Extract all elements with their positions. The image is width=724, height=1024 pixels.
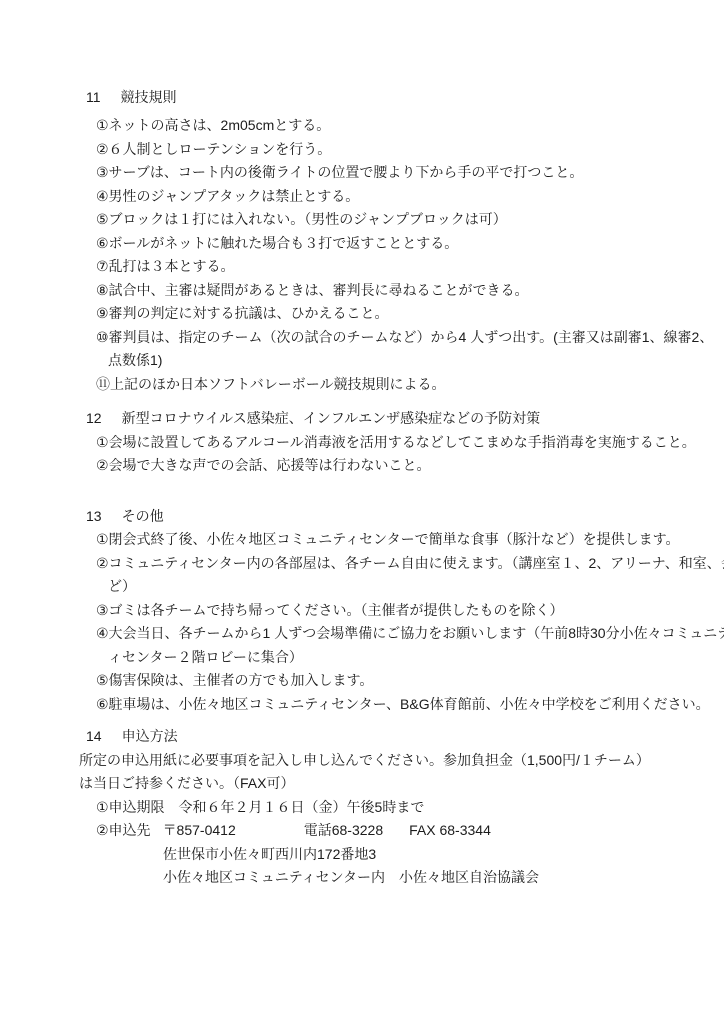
rule-item: ⑪上記のほか日本ソフトバレーボール競技規則による。 bbox=[96, 373, 706, 397]
rule-item: ①閉会式終了後、小佐々地区コミュニティセンターで簡単な食事（豚汁など）を提供しま… bbox=[96, 528, 706, 552]
application-destination-label: ②申込先 bbox=[96, 822, 151, 838]
address-line: 佐世保市小佐々町西川内172番地3 bbox=[163, 843, 706, 867]
rule-item: ②６人制としローテンションを行う。 bbox=[96, 138, 706, 162]
rule-item: ⑧試合中、主審は疑問があるときは、審判長に尋ねることができる。 bbox=[96, 279, 706, 303]
postal-code: 〒857-0412 bbox=[163, 822, 236, 838]
section-number: 13 bbox=[86, 505, 102, 529]
rule-item: ③ゴミは各チームで持ち帰ってください。（主催者が提供したものを除く） bbox=[96, 599, 706, 623]
application-contact-line: ②申込先〒857-0412電話68-3228FAX 68-3344 bbox=[96, 819, 706, 843]
section-heading: 13その他 bbox=[86, 505, 706, 529]
rule-item: ④大会当日、各チームから1 人ずつ会場準備にご協力をお願いします（午前8時30分… bbox=[96, 622, 706, 646]
section-number: 11 bbox=[86, 86, 101, 110]
section-infection-prevention: 12新型コロナウイルス感染症、インフルエンザ感染症などの予防対策 ①会場に設置し… bbox=[86, 407, 706, 478]
intro-line: は当日ご持参ください。（FAX可） bbox=[79, 772, 706, 796]
application-intro: 所定の申込用紙に必要事項を記入し申し込んでください。参加負担金（1,500円/１… bbox=[79, 749, 706, 796]
section-other-notes: 13その他 ①閉会式終了後、小佐々地区コミュニティセンターで簡単な食事（豚汁など… bbox=[86, 505, 706, 717]
rule-list: ①ネットの高さは、2m05cmとする。 ②６人制としローテンションを行う。 ③サ… bbox=[96, 114, 706, 396]
rule-item-continuation: ィセンター２階ロビーに集合） bbox=[96, 646, 706, 670]
rule-item: ②会場で大きな声での会話、応援等は行わないこと。 bbox=[96, 454, 706, 478]
section-competition-rules: 11競技規則 ①ネットの高さは、2m05cmとする。 ②６人制としローテンション… bbox=[86, 86, 706, 396]
section-heading: 14申込方法 bbox=[86, 725, 706, 749]
section-title: 競技規則 bbox=[121, 89, 177, 105]
section-number: 12 bbox=[86, 407, 102, 431]
rule-list: ①閉会式終了後、小佐々地区コミュニティセンターで簡単な食事（豚汁など）を提供しま… bbox=[96, 528, 706, 716]
section-heading: 12新型コロナウイルス感染症、インフルエンザ感染症などの予防対策 bbox=[86, 407, 706, 431]
intro-line: 所定の申込用紙に必要事項を記入し申し込んでください。参加負担金（1,500円/１… bbox=[79, 749, 706, 773]
rule-item: ⑩審判員は、指定のチーム（次の試合のチームなど）から4 人ずつ出す。(主審又は副… bbox=[96, 326, 706, 350]
address-block: 佐世保市小佐々町西川内172番地3 小佐々地区コミュニティセンター内 小佐々地区… bbox=[163, 843, 706, 890]
rule-item: ⑦乱打は３本とする。 bbox=[96, 255, 706, 279]
application-details: ①申込期限 令和６年２月１６日（金）午後5時まで ②申込先〒857-0412電話… bbox=[96, 796, 706, 843]
fax-number: FAX 68-3344 bbox=[409, 822, 491, 838]
rule-item: ③サーブは、コート内の後衛ライトの位置で腰より下から手の平で打つこと。 bbox=[96, 161, 706, 185]
document-page: 11競技規則 ①ネットの高さは、2m05cmとする。 ②６人制としローテンション… bbox=[0, 0, 724, 890]
rule-item: ⑤傷害保険は、主催者の方でも加入します。 bbox=[96, 669, 706, 693]
section-heading: 11競技規則 bbox=[86, 86, 706, 110]
application-deadline: ①申込期限 令和６年２月１６日（金）午後5時まで bbox=[96, 796, 706, 820]
rule-item: ④男性のジャンプアタックは禁止とする。 bbox=[96, 185, 706, 209]
rule-list: ①会場に設置してあるアルコール消毒液を活用するなどしてこまめな手指消毒を実施する… bbox=[96, 431, 706, 478]
rule-item: ①会場に設置してあるアルコール消毒液を活用するなどしてこまめな手指消毒を実施する… bbox=[96, 431, 706, 455]
section-title: 申込方法 bbox=[122, 728, 178, 744]
section-title: その他 bbox=[122, 508, 164, 524]
rule-item: ⑨審判の判定に対する抗議は、ひかえること。 bbox=[96, 302, 706, 326]
rule-item: ②コミュニティセンター内の各部屋は、各チーム自由に使えます。（講座室１、2、アリ… bbox=[96, 552, 706, 576]
address-line: 小佐々地区コミュニティセンター内 小佐々地区自治協議会 bbox=[163, 866, 706, 890]
rule-item: ⑤ブロックは１打には入れない。（男性のジャンプブロックは可） bbox=[96, 208, 706, 232]
section-application-method: 14申込方法 所定の申込用紙に必要事項を記入し申し込んでください。参加負担金（1… bbox=[86, 725, 706, 890]
rule-item: ①ネットの高さは、2m05cmとする。 bbox=[96, 114, 706, 138]
rule-item: ⑥駐車場は、小佐々地区コミュニティセンター、B&G体育館前、小佐々中学校をご利用… bbox=[96, 693, 706, 717]
phone-number: 電話68-3228 bbox=[304, 822, 383, 838]
rule-item-continuation: ど） bbox=[96, 575, 706, 599]
rule-item-continuation: 点数係1) bbox=[96, 349, 706, 373]
section-number: 14 bbox=[86, 725, 102, 749]
section-title: 新型コロナウイルス感染症、インフルエンザ感染症などの予防対策 bbox=[122, 410, 541, 426]
rule-item: ⑥ボールがネットに触れた場合も３打で返すこととする。 bbox=[96, 232, 706, 256]
